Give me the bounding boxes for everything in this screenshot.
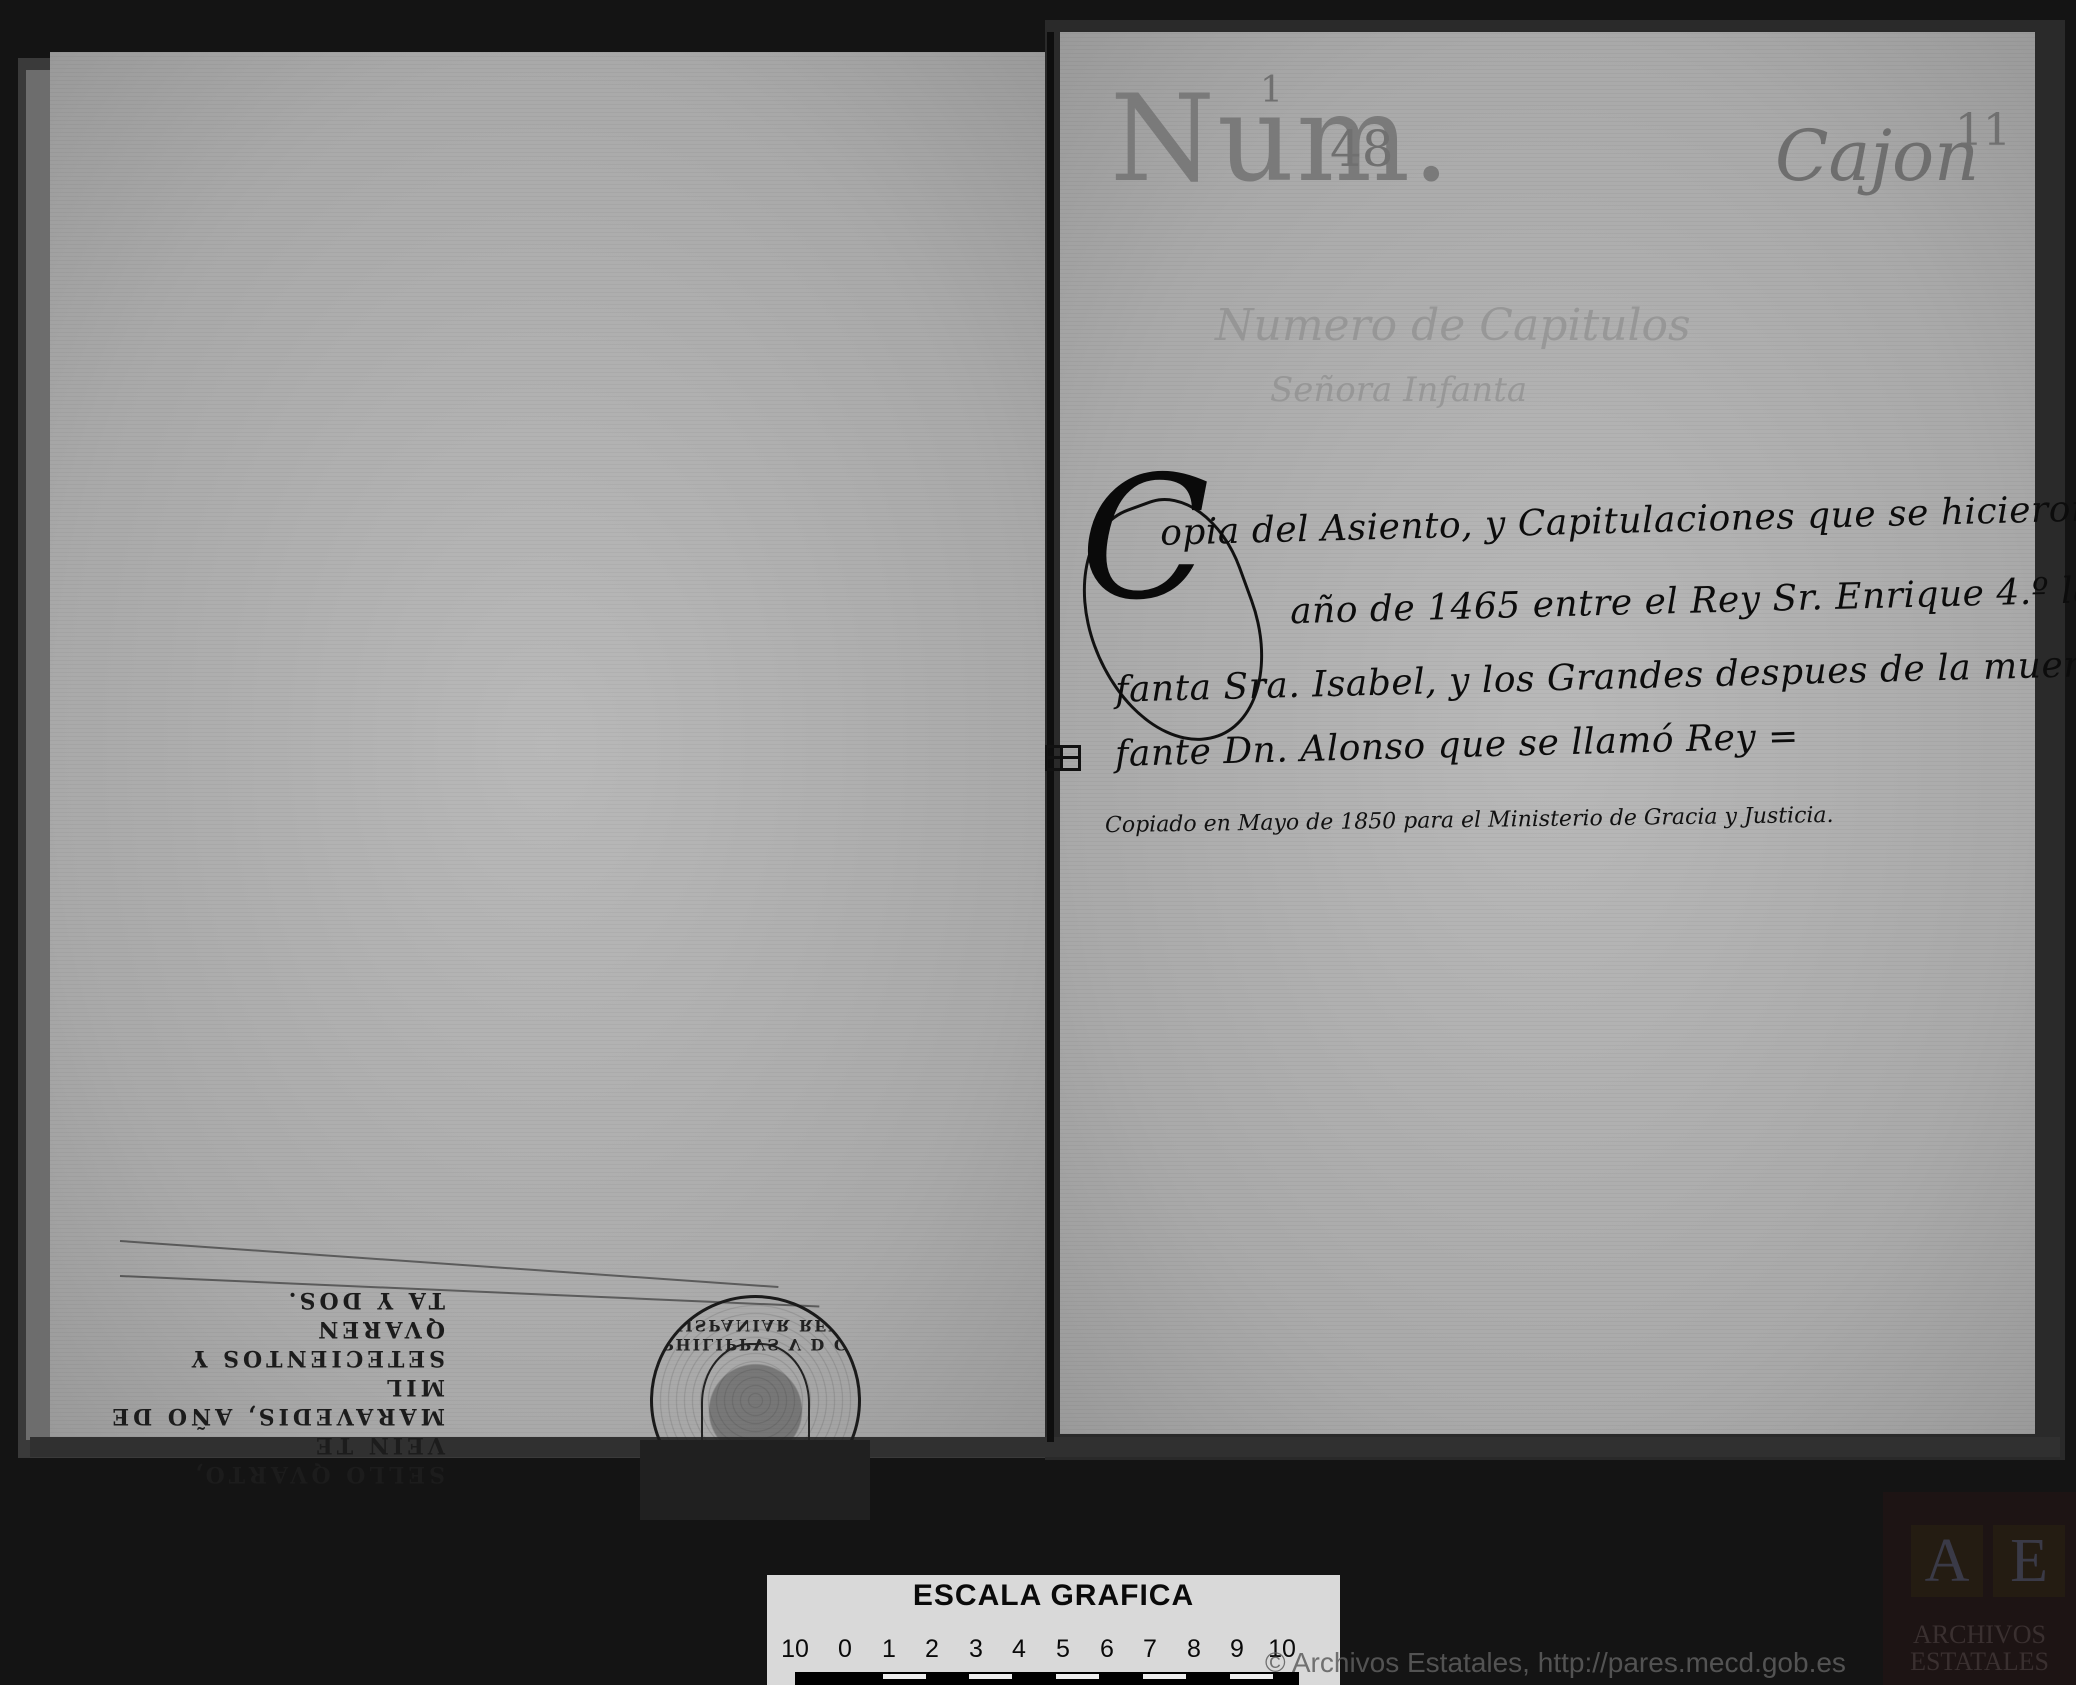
center-fold [1047, 32, 1054, 1442]
scale-tick-label: 10 [781, 1635, 809, 1664]
binding-mark-icon [1045, 745, 1081, 771]
scale-tick-label: 5 [1056, 1635, 1070, 1664]
seal-clip-shadow [640, 1440, 870, 1520]
scale-numbers: 10 0 1 2 3 4 5 6 7 8 9 10 [777, 1635, 1327, 1665]
scale-tick-label: 2 [925, 1635, 939, 1664]
scale-segment [969, 1674, 1012, 1679]
number-superscript: 1 [1260, 70, 1283, 111]
logo-caption: ESTATALES [1883, 1649, 2076, 1675]
scale-bar [795, 1672, 1299, 1685]
scale-title: ESCALA GRAFICA [767, 1579, 1340, 1613]
logo-letter-a: A [1911, 1525, 1983, 1597]
binding-edge [26, 70, 50, 1440]
scale-tick-label: 6 [1100, 1635, 1114, 1664]
logo-letter-e: E [1993, 1525, 2065, 1597]
box-value: 11 [1955, 105, 2011, 156]
left-page [50, 52, 1045, 1437]
faded-pencil-note: Numero de Capitulos [1215, 300, 1691, 351]
scale-segment [1143, 1674, 1186, 1679]
stamp-bleedthrough-text: SELLO QVARTO, VEIN TE MARAVEDIS, AÑO DE … [105, 1285, 445, 1488]
number-value: 48 [1330, 120, 1394, 178]
scale-tick-label: 1 [882, 1635, 896, 1664]
copyright-watermark: © Archivos Estatales, http://pares.mecd.… [1265, 1647, 1846, 1679]
scale-tick-label: 0 [838, 1635, 852, 1664]
scale-tick-label: 4 [1012, 1635, 1026, 1664]
scale-card: ESCALA GRAFICA 10 0 1 2 3 4 5 6 7 8 9 10 [767, 1575, 1340, 1685]
archivos-estatales-logo: A E ARCHIVOS ESTATALES [1883, 1492, 2076, 1685]
stamp-line: SETECIENTOS Y QVAREN [105, 1314, 445, 1372]
box-label: Cajon [1775, 115, 1979, 197]
stamp-line: TA Y DOS. [105, 1285, 445, 1314]
scale-tick-label: 9 [1230, 1635, 1244, 1664]
scale-tick-label: 7 [1143, 1635, 1157, 1664]
stamp-line: MARAVEDIS, AÑO DE MIL [105, 1372, 445, 1430]
stamp-line: SELLO QVARTO, VEIN TE [105, 1430, 445, 1488]
scale-segment [1056, 1674, 1099, 1679]
logo-caption: ARCHIVOS [1883, 1622, 2076, 1648]
scale-tick-label: 8 [1187, 1635, 1201, 1664]
scale-segment [883, 1674, 926, 1679]
faded-pencil-note: Señora Infanta [1270, 370, 1527, 410]
scale-tick-label: 3 [969, 1635, 983, 1664]
